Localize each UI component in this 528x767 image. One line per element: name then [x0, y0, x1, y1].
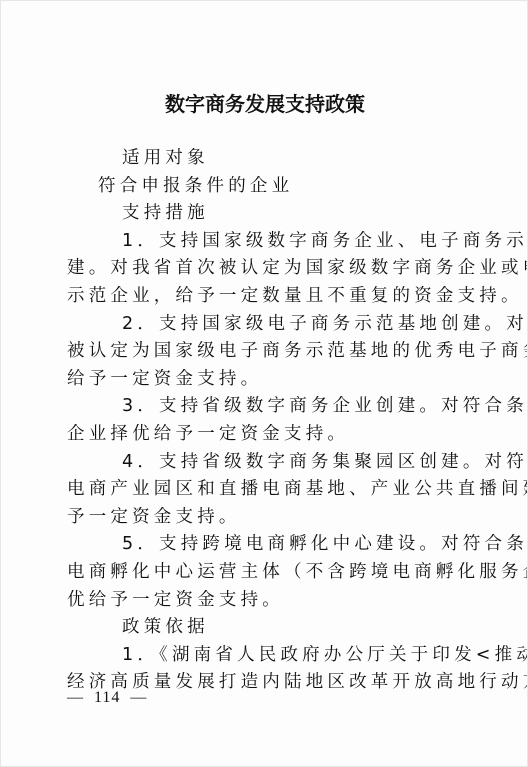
measure-item-1: 1．支持国家级数字商务企业、电子商务示范企业创 建。对我省首次被认定为国家级数字…	[67, 228, 467, 311]
paragraph-line: 3．支持省级数字商务企业创建。对符合条件的申报	[67, 393, 467, 421]
applicable-text: 符合申报条件的企业	[67, 173, 467, 201]
paragraph-line: 优给予一定资金支持。	[67, 587, 467, 615]
paragraph-line: 企业择优给予一定资金支持。	[67, 421, 467, 449]
section-heading-applicable: 适用对象	[67, 145, 467, 173]
paragraph-line: 1．支持国家级数字商务企业、电子商务示范企业创	[67, 228, 467, 256]
section-heading-basis: 政策依据	[67, 614, 467, 642]
paragraph-line: 建。对我省首次被认定为国家级数字商务企业或电子商务	[67, 255, 467, 283]
paragraph-line: 电商孵化中心运营主体（不含跨境电商孵化服务企业）择	[67, 559, 467, 587]
paragraph-line: 被认定为国家级电子商务示范基地的优秀电子商务园区，	[67, 338, 467, 366]
paragraph-line: 电商产业园区和直播电商基地、产业公共直播间建设，给	[67, 476, 467, 504]
measure-item-4: 4．支持省级数字商务集聚园区创建。对符合条件的 电商产业园区和直播电商基地、产业…	[67, 449, 467, 532]
measure-item-5: 5．支持跨境电商孵化中心建设。对符合条件的跨境 电商孵化中心运营主体（不含跨境电…	[67, 531, 467, 614]
paragraph-line: 予一定资金支持。	[67, 504, 467, 532]
paragraph-line: 4．支持省级数字商务集聚园区创建。对符合条件的	[67, 449, 467, 477]
section-heading-measures: 支持措施	[67, 200, 467, 228]
paragraph-line: 1．《湖南省人民政府办公厅关于印发<推动开放型	[67, 642, 467, 670]
page-number: — 114 —	[67, 689, 147, 707]
page-title: 数字商务发展支持政策	[1, 91, 528, 117]
measure-item-2: 2．支持国家级电子商务示范基地创建。对我省首次 被认定为国家级电子商务示范基地的…	[67, 311, 467, 394]
paragraph-line: 示范企业，给予一定数量且不重复的资金支持。	[67, 283, 467, 311]
measure-item-3: 3．支持省级数字商务企业创建。对符合条件的申报 企业择优给予一定资金支持。	[67, 393, 467, 448]
paragraph-line: 给予一定资金支持。	[67, 366, 467, 394]
paragraph-line: 2．支持国家级电子商务示范基地创建。对我省首次	[67, 311, 467, 339]
document-body: 适用对象 符合申报条件的企业 支持措施 1．支持国家级数字商务企业、电子商务示范…	[67, 145, 467, 697]
paragraph-line: 5．支持跨境电商孵化中心建设。对符合条件的跨境	[67, 531, 467, 559]
